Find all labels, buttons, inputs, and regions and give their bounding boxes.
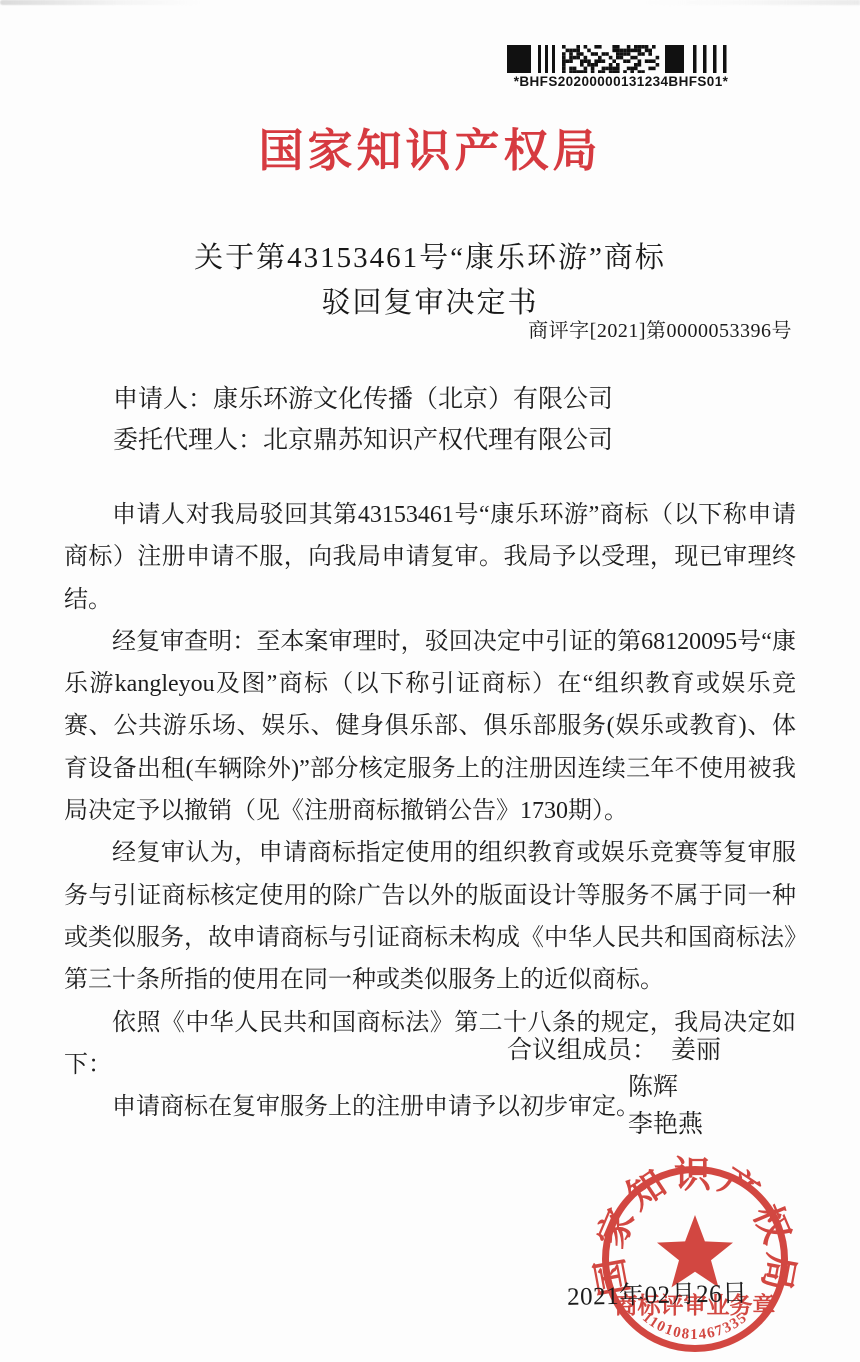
panel-label: 合议组成员： <box>507 1037 657 1064</box>
document-title-line1: 关于第43153461号“康乐环游”商标 <box>0 235 860 276</box>
parties-block: 申请人：康乐环游文化传播（北京）有限公司 委托代理人：北京鼎苏知识产权代理有限公… <box>113 379 613 461</box>
paragraph: 申请人对我局驳回其第43153461号“康乐环游”商标（以下称申请商标）注册申请… <box>64 494 796 621</box>
official-seal: 国家知识产权局 商标评审业务章 1101081467335 <box>556 1152 834 1362</box>
panel-member-line: 李艳燕 <box>507 1104 721 1141</box>
agent-value: 北京鼎苏知识产权代理有限公司 <box>263 427 613 454</box>
decision-date: 2021年02月26日 <box>567 1273 748 1313</box>
panel-member: 姜丽 <box>671 1030 721 1066</box>
panel-member: 李艳燕 <box>628 1104 703 1140</box>
agency-title: 国家知识产权局 <box>0 114 860 179</box>
reference-number: 商评字[2021]第0000053396号 <box>528 314 792 343</box>
applicant-value: 康乐环游文化传播（北京）有限公司 <box>213 386 613 413</box>
paper-crease-left <box>0 0 200 5</box>
paper-crease-right <box>645 0 860 5</box>
panel-member-line: 陈辉 <box>507 1067 721 1104</box>
applicant-line: 申请人：康乐环游文化传播（北京）有限公司 <box>113 379 613 420</box>
barcode-text: *BHFS20200000131234BHFS01* <box>505 74 737 89</box>
barcode-block: *BHFS20200000131234BHFS01* <box>505 45 737 89</box>
panel-member: 陈辉 <box>628 1067 678 1103</box>
paragraph: 经复审查明：至本案审理时，驳回决定中引证的第68120095号“康乐游kangl… <box>64 621 796 832</box>
panel-members-block: 合议组成员：姜丽 陈辉 李艳燕 <box>507 1030 721 1141</box>
paragraph: 经复审认为，申请商标指定使用的组织教育或娱乐竞赛等复审服务与引证商标核定使用的除… <box>64 832 796 1001</box>
scanned-document-page: *BHFS20200000131234BHFS01* 国家知识产权局 关于第43… <box>0 0 860 1362</box>
applicant-label: 申请人： <box>113 386 213 413</box>
agent-label: 委托代理人： <box>113 427 263 454</box>
barcode-icon <box>507 45 735 73</box>
agent-line: 委托代理人：北京鼎苏知识产权代理有限公司 <box>113 420 613 461</box>
panel-member-line: 合议组成员：姜丽 <box>507 1030 721 1067</box>
